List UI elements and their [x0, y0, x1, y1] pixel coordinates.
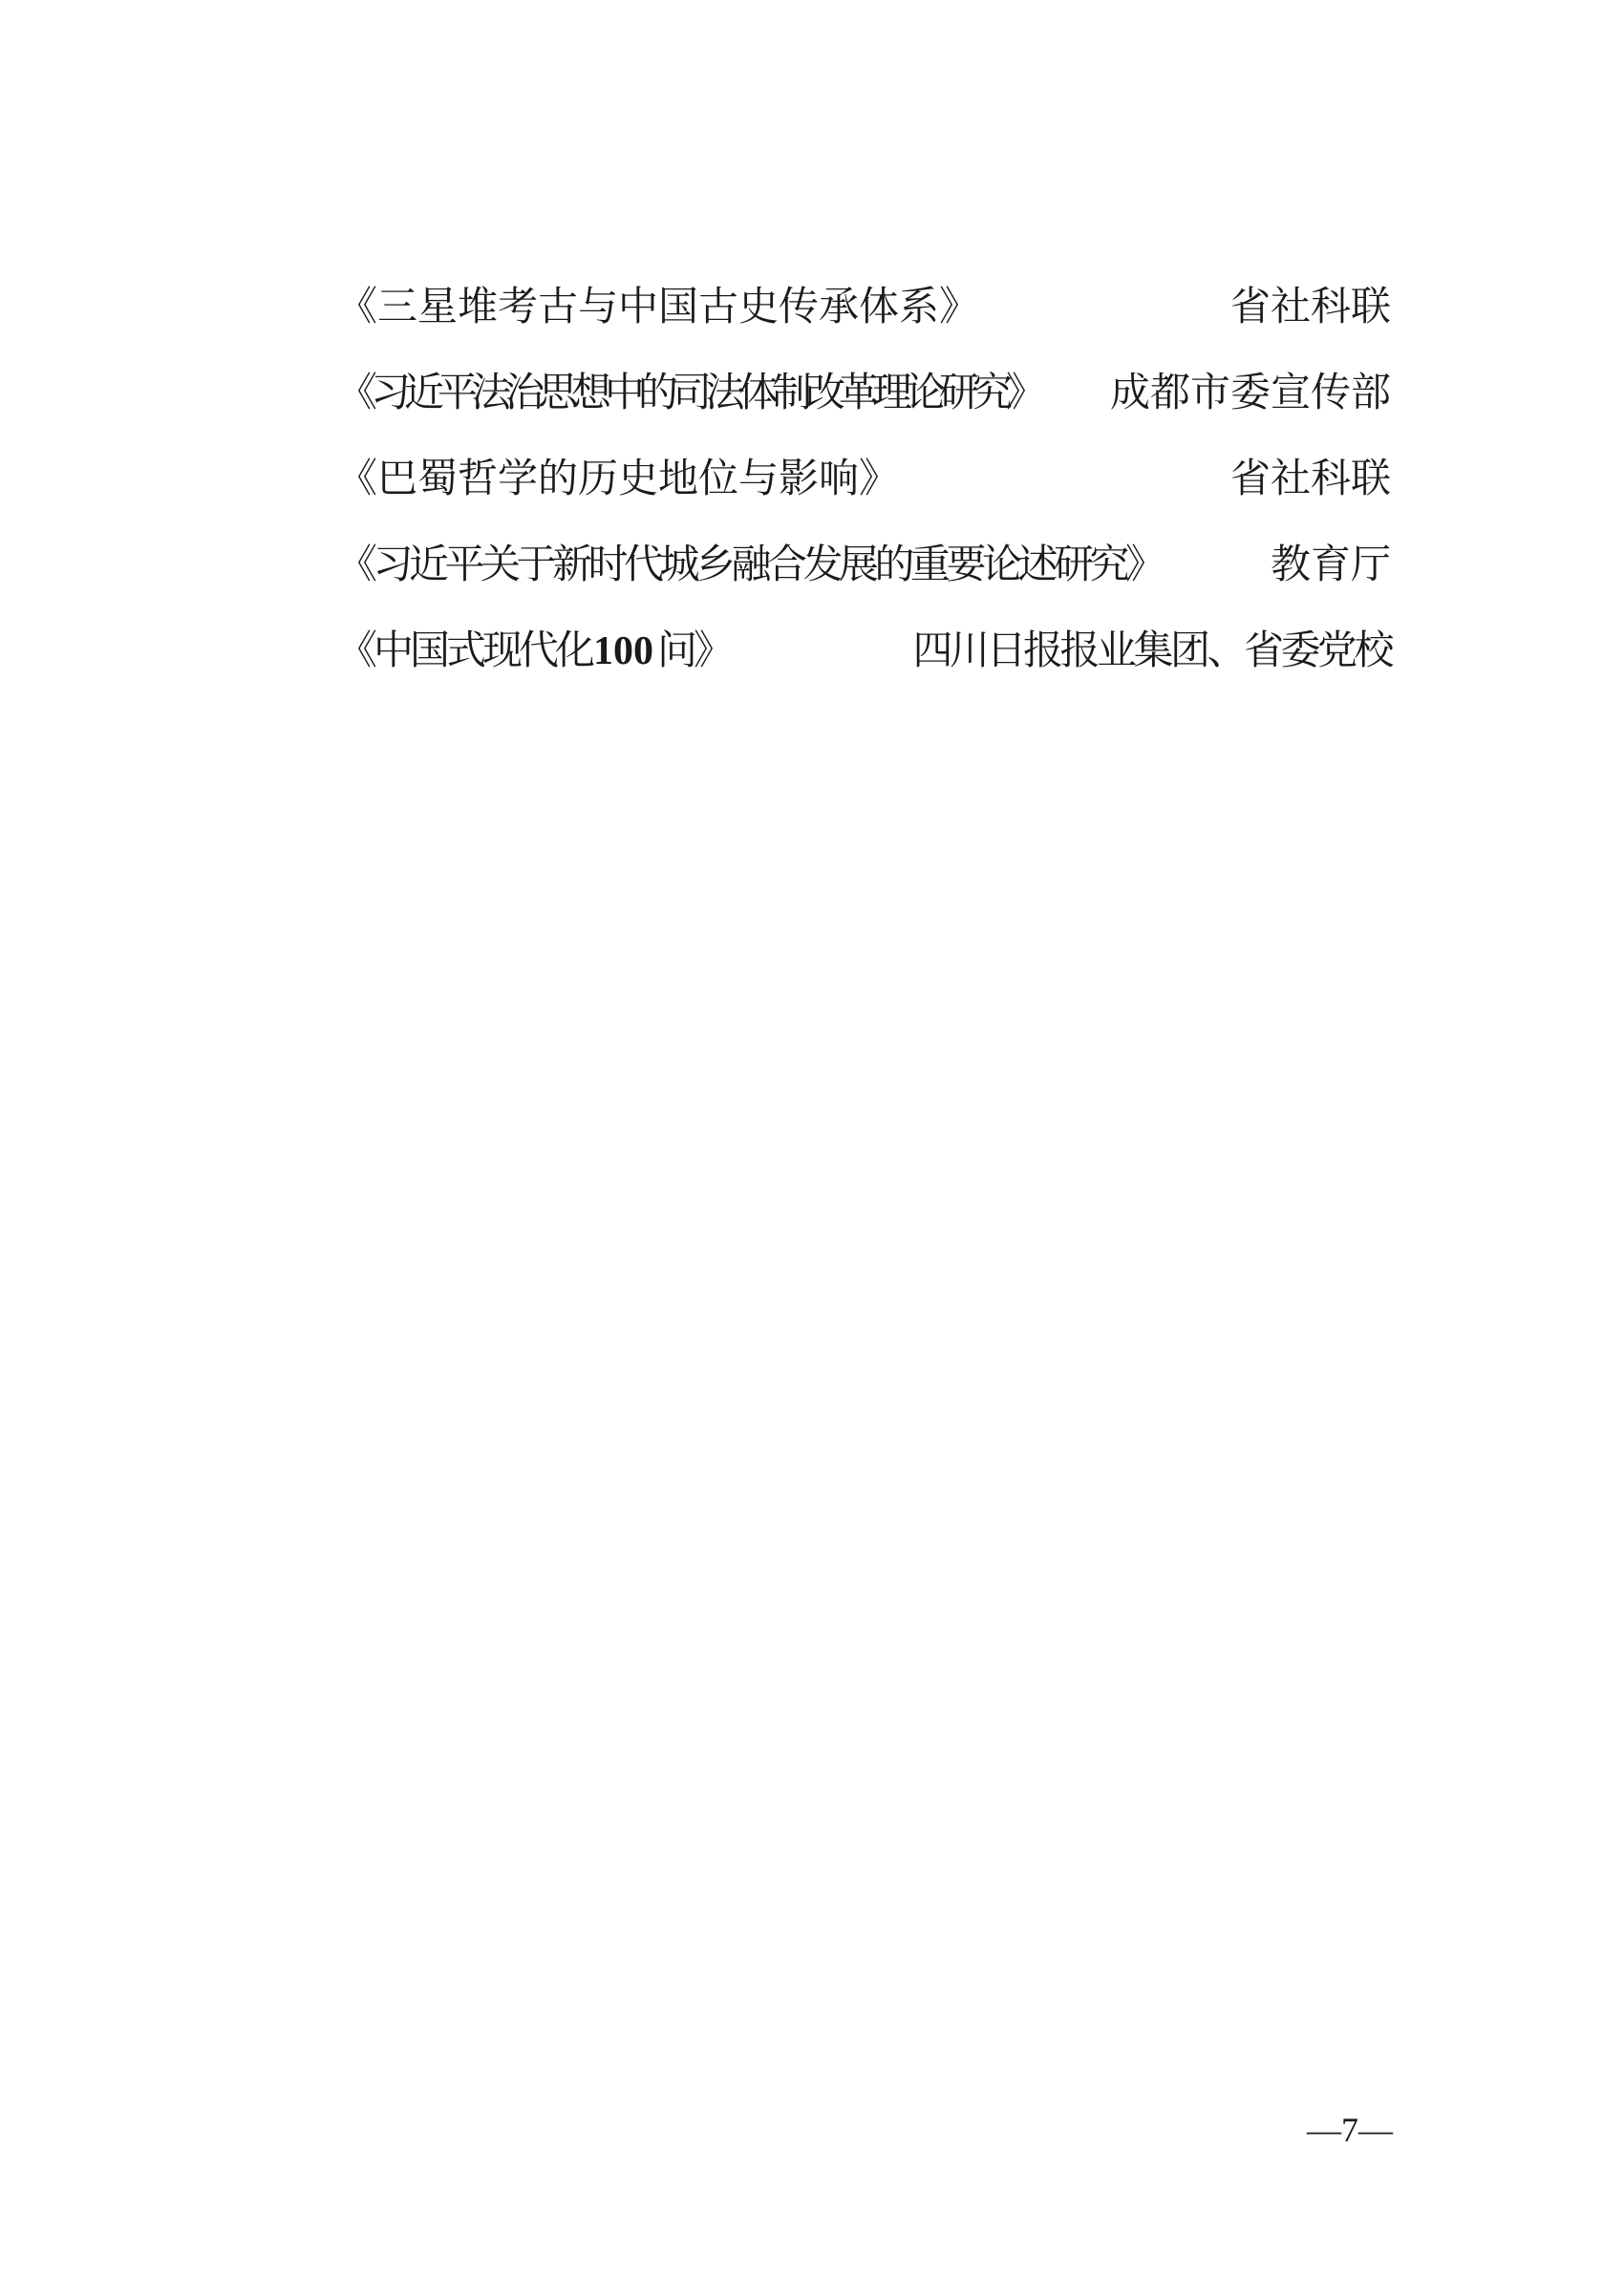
- list-item: 《巴蜀哲学的历史地位与影响》 省社科联: [337, 436, 1391, 522]
- entry-organization: 省社科联: [1230, 459, 1391, 500]
- entry-title: 《巴蜀哲学的历史地位与影响》: [337, 459, 899, 500]
- entry-organization: 成都市委宣传部: [1110, 373, 1391, 414]
- entry-organization: 省社科联: [1230, 287, 1391, 328]
- entry-title-suffix: 问》: [657, 629, 730, 673]
- entry-title-number: 100: [591, 629, 657, 673]
- entry-list: 《三星堆考古与中国古史传承体系》 省社科联 《习近平法治思想中的司法体制改革理论…: [337, 265, 1391, 694]
- document-page: 《三星堆考古与中国古史传承体系》 省社科联 《习近平法治思想中的司法体制改革理论…: [0, 0, 1624, 2296]
- list-item: 《三星堆考古与中国古史传承体系》 省社科联: [337, 265, 1391, 351]
- entry-title: 《中国式现代化100问》: [337, 631, 730, 671]
- entry-organization: 四川日报报业集团、省委党校: [912, 631, 1391, 671]
- list-item: 《习近平法治思想中的司法体制改革理论研究》 成都市委宣传部: [337, 351, 1391, 436]
- entry-title-prefix: 《中国式现代化: [337, 629, 591, 673]
- entry-title: 《习近平关于新时代城乡融合发展的重要论述研究》: [337, 545, 1162, 585]
- list-item: 《习近平关于新时代城乡融合发展的重要论述研究》 教育厅: [337, 522, 1391, 608]
- list-item: 《中国式现代化100问》 四川日报报业集团、省委党校: [337, 608, 1391, 694]
- entry-title: 《习近平法治思想中的司法体制改革理论研究》: [337, 373, 1039, 414]
- entry-organization: 教育厅: [1271, 545, 1391, 585]
- entry-title: 《三星堆考古与中国古史传承体系》: [337, 287, 979, 328]
- page-number: —7—: [1307, 2113, 1393, 2147]
